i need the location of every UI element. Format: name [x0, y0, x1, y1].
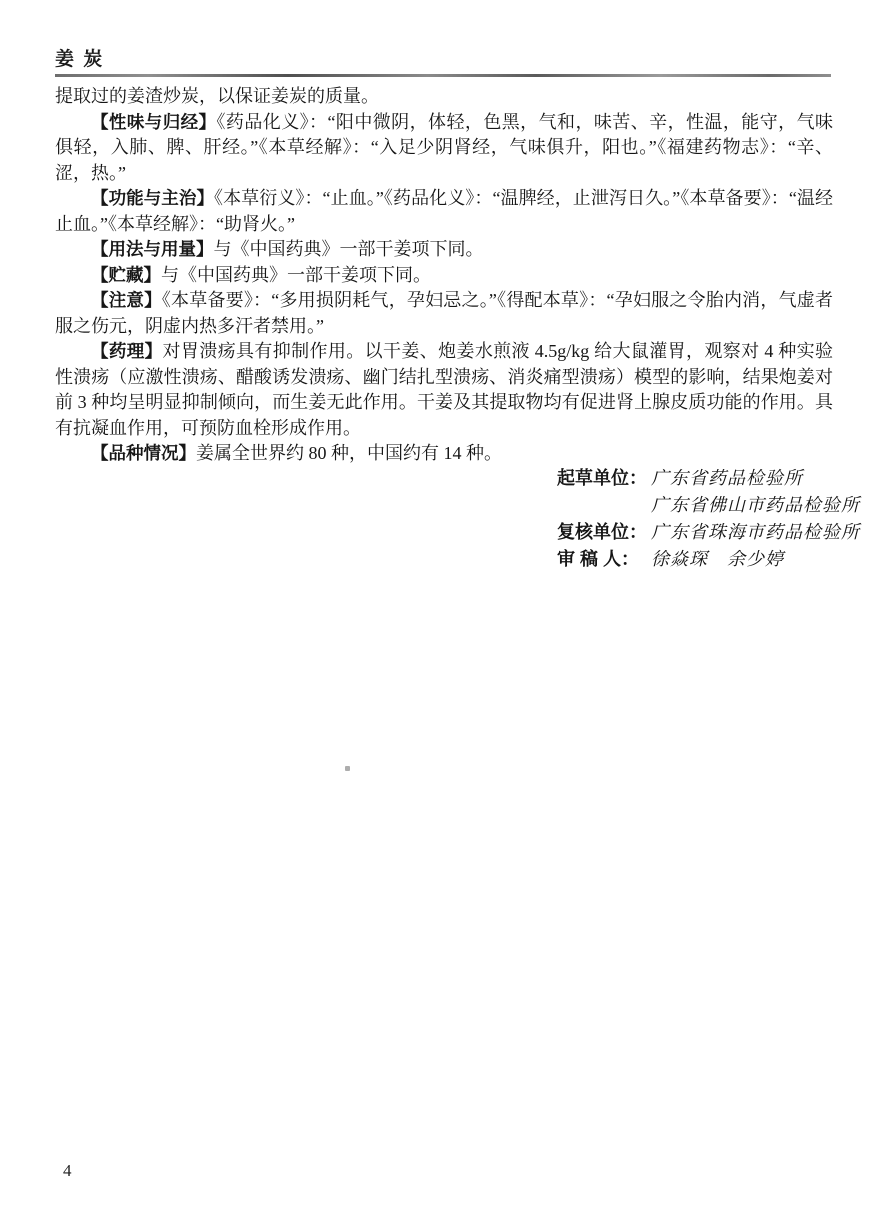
scan-artifact-dot	[345, 766, 350, 771]
running-header-title: 姜 炭	[55, 44, 104, 71]
section-paragraph-zhucang: 【贮藏】与《中国药典》一部干姜项下同。	[55, 263, 833, 289]
section-label: 【贮藏】	[91, 265, 161, 285]
section-text: 姜属全世界约 80 种，中国约有 14 种。	[196, 443, 502, 463]
section-text: 与《中国药典》一部干姜项下同。	[214, 239, 484, 259]
body-content: 提取过的姜渣炒炭，以保证姜炭的质量。 【性味与归经】《药品化义》：“阳中微阴，体…	[55, 84, 833, 467]
section-paragraph-gongneng: 【功能与主治】《本草衍义》：“止血。”《药品化义》：“温脾经，止泄泻日久。”《本…	[55, 186, 833, 237]
attribution-value: 广东省珠海市药品检验所	[651, 519, 860, 546]
intro-paragraph: 提取过的姜渣炒炭，以保证姜炭的质量。	[55, 84, 833, 110]
attribution-block: 起草单位： 广东省药品检验所 广东省佛山市药品检验所 复核单位： 广东省珠海市药…	[557, 465, 860, 573]
section-text: 与《中国药典》一部干姜项下同。	[161, 265, 431, 285]
section-paragraph-yongfa: 【用法与用量】与《中国药典》一部干姜项下同。	[55, 237, 833, 263]
header-rule	[55, 74, 831, 77]
section-label: 【性味与归经】	[91, 112, 217, 132]
attribution-value: 广东省药品检验所	[651, 465, 803, 492]
attribution-value: 徐焱琛 余少婷	[651, 546, 784, 573]
document-page: 姜 炭 提取过的姜渣炒炭，以保证姜炭的质量。 【性味与归经】《药品化义》：“阳中…	[0, 0, 886, 1219]
section-text: 对胃溃疡具有抑制作用。以干姜、炮姜水煎液 4.5g/kg 给大鼠灌胃，观察对 4…	[55, 341, 833, 438]
attribution-row-review-unit: 复核单位： 广东省珠海市药品检验所	[557, 519, 860, 546]
attribution-row-drafting-unit-2: 广东省佛山市药品检验所	[557, 492, 860, 519]
attribution-row-drafting-unit: 起草单位： 广东省药品检验所	[557, 465, 860, 492]
attribution-label: 审 稿 人：	[557, 546, 651, 573]
section-paragraph-zhuyi: 【注意】《本草备要》：“多用损阴耗气，孕妇忌之。”《得配本草》：“孕妇服之令胎内…	[55, 288, 833, 339]
section-paragraph-xingwei: 【性味与归经】《药品化义》：“阳中微阴，体轻，色黑，气和，味苦、辛，性温，能守，…	[55, 110, 833, 187]
attribution-label	[557, 492, 651, 519]
page-number: 4	[63, 1161, 72, 1181]
section-paragraph-yaoli: 【药理】对胃溃疡具有抑制作用。以干姜、炮姜水煎液 4.5g/kg 给大鼠灌胃，观…	[55, 339, 833, 441]
section-label: 【药理】	[91, 341, 163, 361]
section-paragraph-pinzhong: 【品种情况】姜属全世界约 80 种，中国约有 14 种。	[55, 441, 833, 467]
section-label: 【用法与用量】	[91, 239, 214, 259]
section-label: 【功能与主治】	[91, 188, 214, 208]
section-label: 【品种情况】	[91, 443, 196, 463]
section-text: 《本草备要》：“多用损阴耗气，孕妇忌之。”《得配本草》：“孕妇服之令胎内消，气虚…	[55, 290, 833, 336]
attribution-label: 起草单位：	[557, 465, 651, 492]
attribution-row-reviewers: 审 稿 人： 徐焱琛 余少婷	[557, 546, 860, 573]
attribution-value: 广东省佛山市药品检验所	[651, 492, 860, 519]
attribution-label: 复核单位：	[557, 519, 651, 546]
section-label: 【注意】	[91, 290, 162, 310]
